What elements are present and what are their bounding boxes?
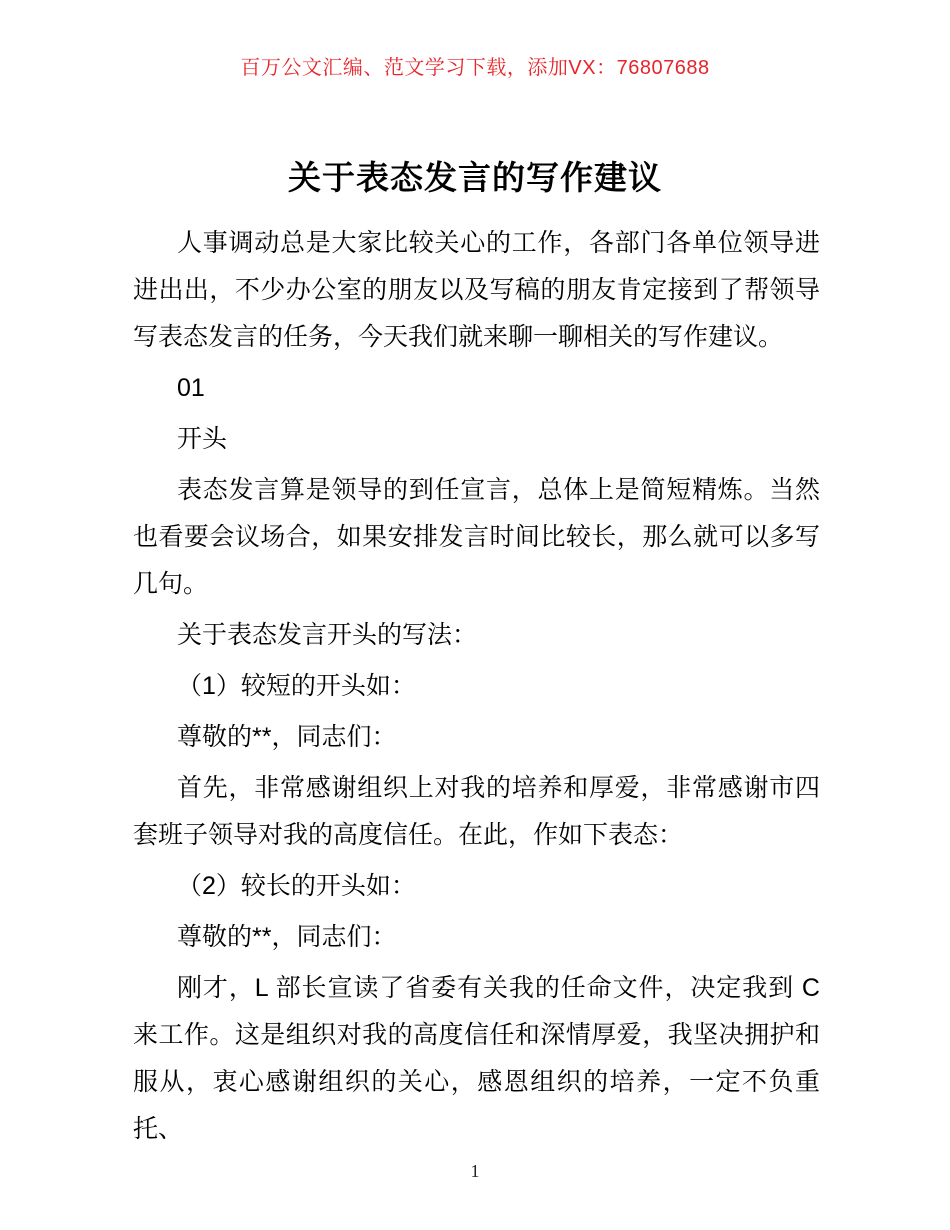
paragraph: 01 xyxy=(133,365,820,412)
paragraph: 开头 xyxy=(133,416,820,463)
paragraph: 表态发言算是领导的到任宣言，总体上是简短精炼。当然也看要会议场合，如果安排发言时… xyxy=(133,467,820,608)
document-page: 百万公文汇编、范文学习下载，添加VX：76807688 关于表态发言的写作建议 … xyxy=(0,0,950,1230)
paragraph: （2）较长的开头如： xyxy=(133,863,820,910)
promo-header-text: 百万公文汇编、范文学习下载，添加VX：76807688 xyxy=(0,54,950,82)
paragraph: 首先，非常感谢组织上对我的培养和厚爱，非常感谢市四套班子领导对我的高度信任。在此… xyxy=(133,765,820,859)
paragraph: 关于表态发言开头的写法： xyxy=(133,612,820,659)
document-title: 关于表态发言的写作建议 xyxy=(0,155,950,201)
paragraph: 尊敬的**，同志们： xyxy=(133,914,820,961)
paragraph: 人事调动总是大家比较关心的工作，各部门各单位领导进进出出，不少办公室的朋友以及写… xyxy=(133,220,820,361)
content: 人事调动总是大家比较关心的工作，各部门各单位领导进进出出，不少办公室的朋友以及写… xyxy=(133,220,820,1153)
paragraph: 尊敬的**，同志们： xyxy=(133,714,820,761)
paragraph: 刚才，L 部长宣读了省委有关我的任命文件，决定我到 C 来工作。这是组织对我的高… xyxy=(133,965,820,1153)
paragraph: （1）较短的开头如： xyxy=(133,663,820,710)
page-number: 1 xyxy=(0,1160,950,1182)
